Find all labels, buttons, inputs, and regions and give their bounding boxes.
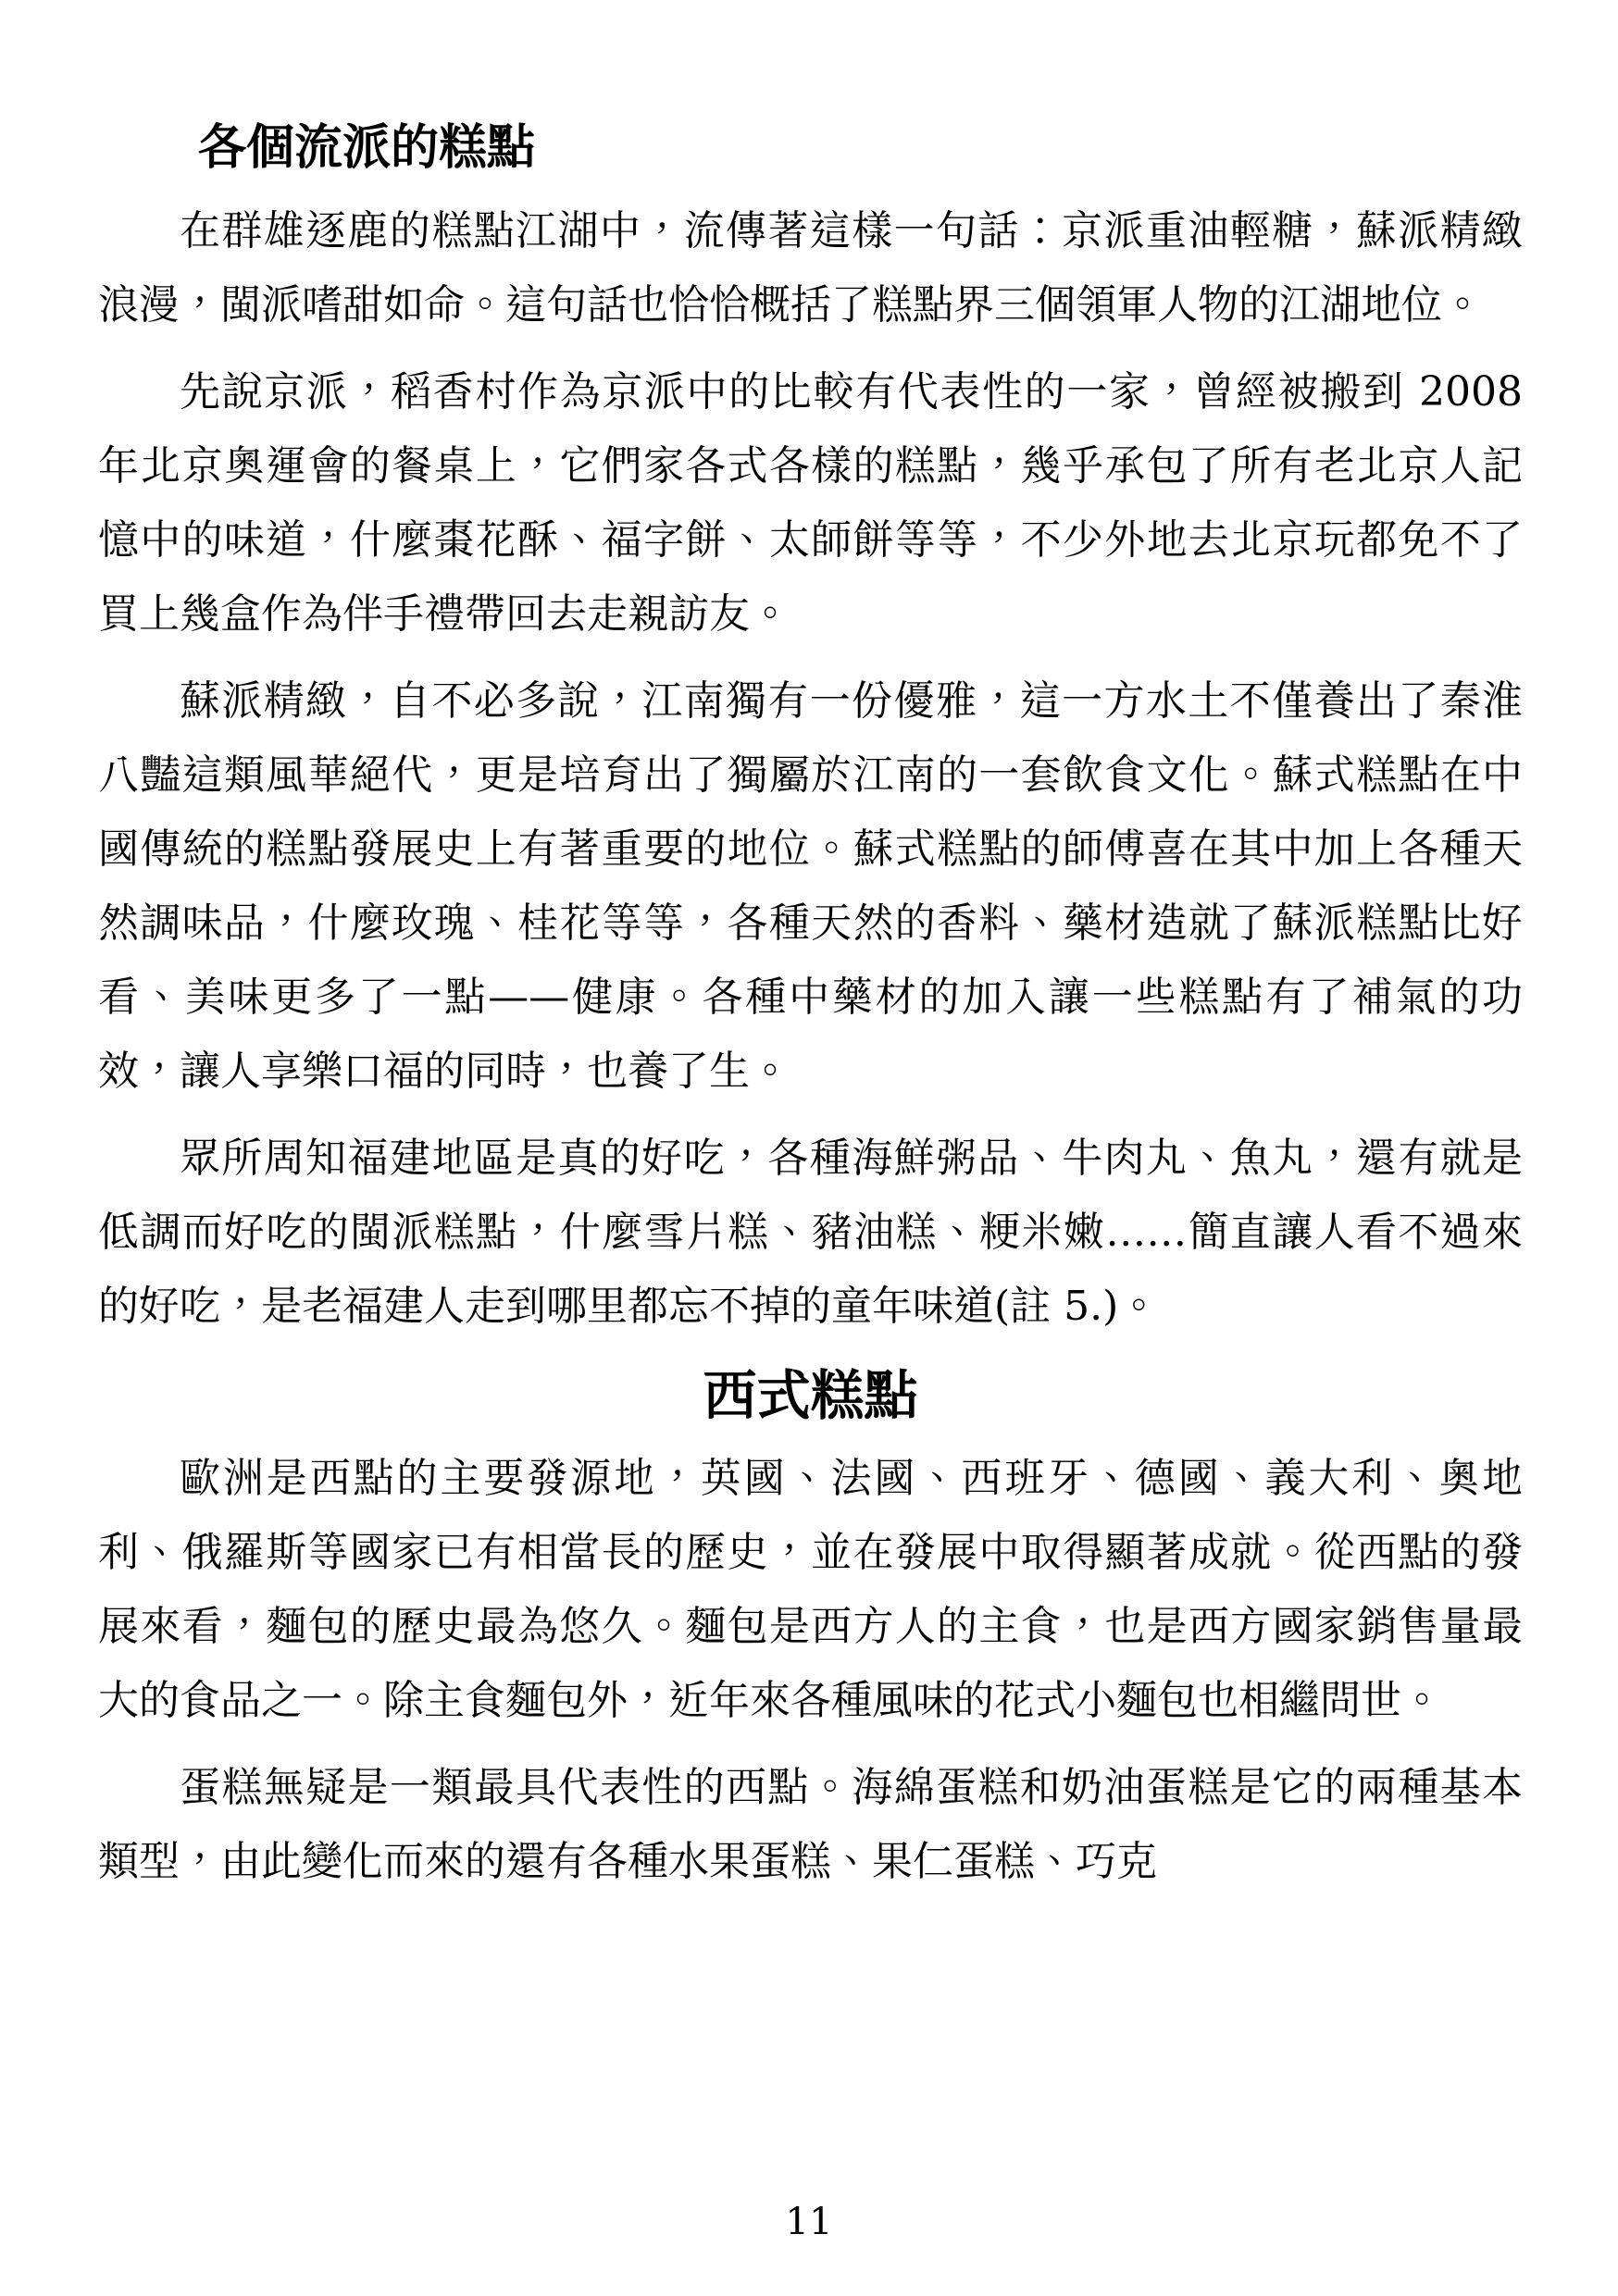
section-heading-western-pastry: 西式糕點 (98, 1357, 1523, 1434)
paragraph-western-pastry-origin: 歐洲是西點的主要發源地，英國、法國、西班牙、德國、義大利、奧地利、俄羅斯等國家已… (98, 1442, 1523, 1738)
paragraph-fujian-school: 眾所周知福建地區是真的好吃，各種海鮮粥品、牛肉丸、魚丸，還有就是低調而好吃的閩派… (98, 1122, 1523, 1344)
paragraph-cake-types: 蛋糕無疑是一類最具代表性的西點。海綿蛋糕和奶油蛋糕是它的兩種基本類型，由此變化而… (98, 1751, 1523, 1899)
paragraph-beijing-school: 先說京派，稻香村作為京派中的比較有代表性的一家，曾經被搬到 2008 年北京奧運… (98, 355, 1523, 652)
page-number: 11 (0, 2202, 1618, 2242)
page-content: 各個流派的糕點 在群雄逐鹿的糕點江湖中，流傳著這樣一句話：京派重油輕糖，蘇派精緻… (98, 109, 1523, 1899)
document-page: 各個流派的糕點 在群雄逐鹿的糕點江湖中，流傳著這樣一句話：京派重油輕糖，蘇派精緻… (0, 0, 1618, 2296)
paragraph-suzhou-school: 蘇派精緻，自不必多說，江南獨有一份優雅，這一方水土不僅養出了秦淮八豔這類風華絕代… (98, 664, 1523, 1109)
paragraph-intro-three-schools: 在群雄逐鹿的糕點江湖中，流傳著這樣一句話：京派重油輕糖，蘇派精緻浪漫，閩派嗜甜如… (98, 194, 1523, 342)
section-heading-pastry-schools: 各個流派的糕點 (98, 109, 1523, 187)
